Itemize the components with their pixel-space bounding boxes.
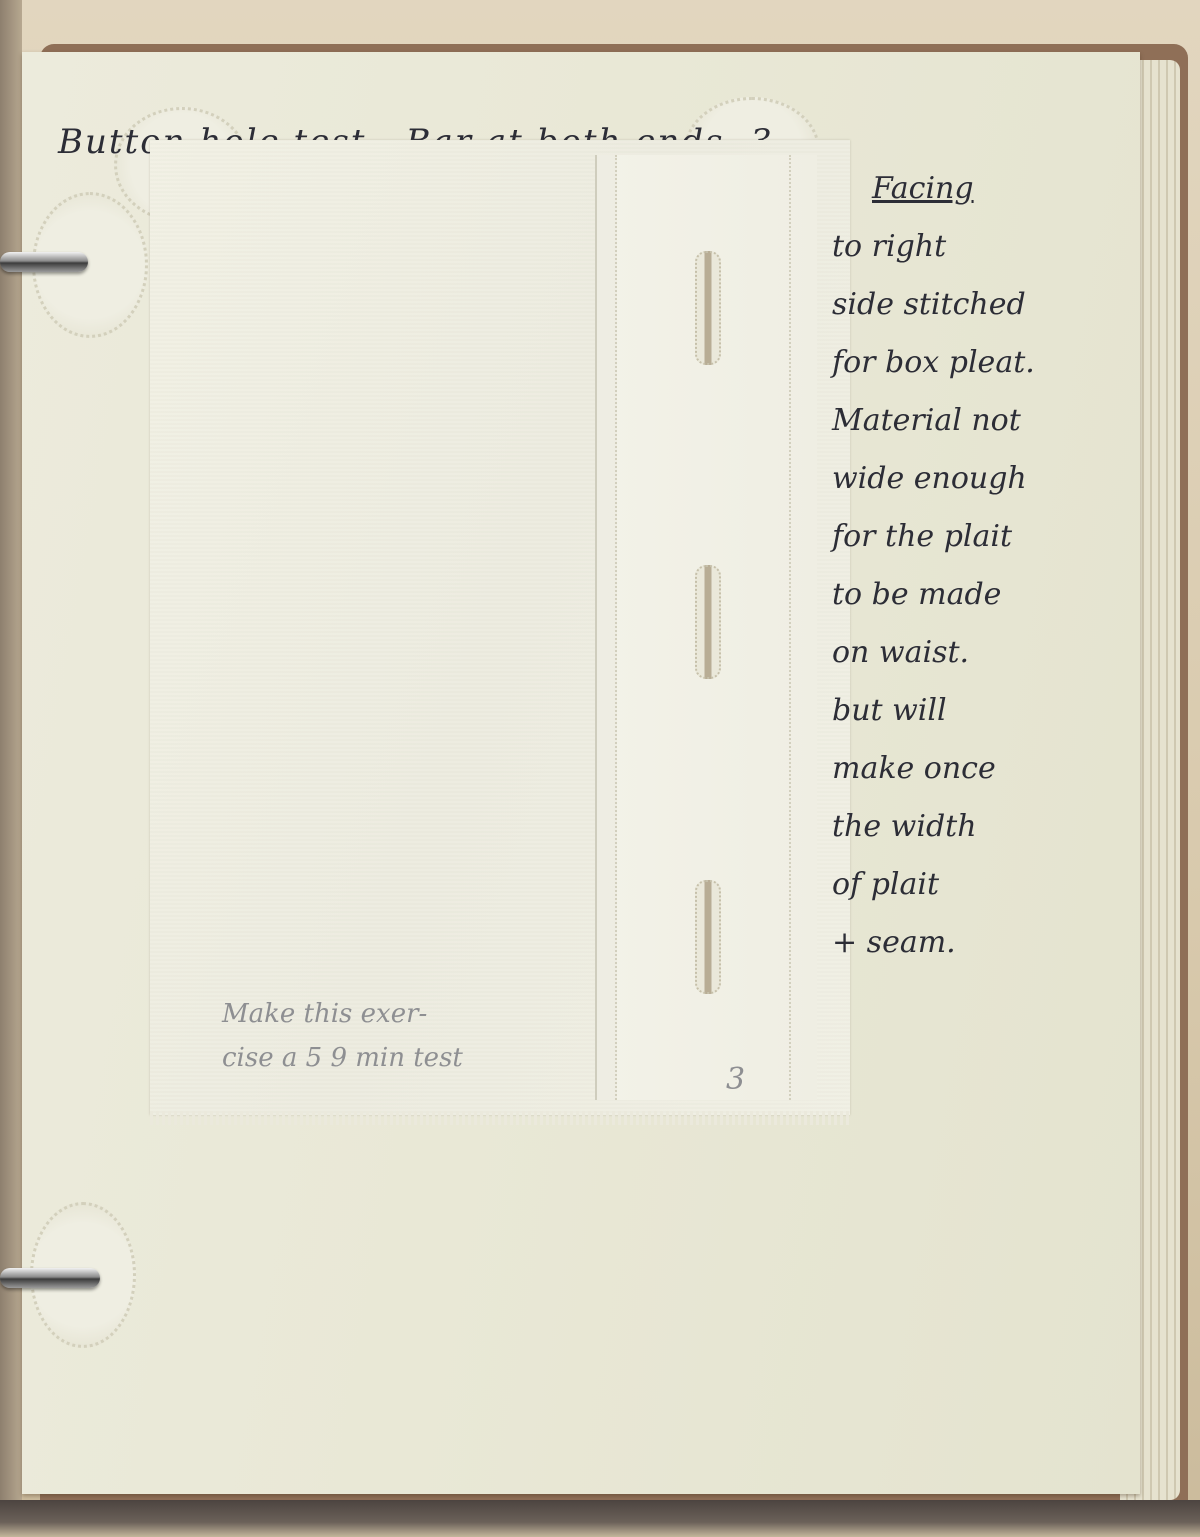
side-note-line: of plait	[832, 856, 1122, 914]
buttonhole-3	[695, 880, 721, 994]
fabric-frayed-edge	[150, 1111, 850, 1125]
side-note: Facing to right side stitched for box pl…	[832, 160, 1122, 972]
side-note-line: to right	[832, 218, 1122, 276]
pencil-note: Make this exer- cise a 5 9 min test	[222, 992, 622, 1080]
placket-stitch-right	[789, 155, 791, 1100]
side-note-line: to be made	[832, 566, 1122, 624]
binder-ring-bottom	[0, 1268, 100, 1288]
side-note-line: on waist.	[832, 624, 1122, 682]
side-note-line: for box pleat.	[832, 334, 1122, 392]
pencil-note-line: cise a 5 9 min test	[222, 1036, 622, 1080]
pencil-note-line: Make this exer-	[222, 992, 622, 1036]
placket-stitch-left	[615, 155, 617, 1100]
binder-ring-top	[0, 252, 88, 272]
left-shadow	[0, 0, 22, 1537]
bottom-shadow	[0, 1500, 1200, 1537]
side-note-line: make once	[832, 740, 1122, 798]
side-note-line: wide enough	[832, 450, 1122, 508]
box-pleat-placket	[595, 155, 817, 1100]
buttonhole-2	[695, 565, 721, 679]
side-note-line: for the plait	[832, 508, 1122, 566]
side-note-line: the width	[832, 798, 1122, 856]
side-note-line: side stitched	[832, 276, 1122, 334]
side-note-line: + seam.	[832, 914, 1122, 972]
side-note-heading: Facing	[832, 160, 1122, 218]
side-note-line: but will	[832, 682, 1122, 740]
notebook-page: Button hole test - Bar at both ends. 3. …	[22, 52, 1140, 1494]
placket-number: 3	[726, 1062, 745, 1097]
side-note-line: Material not	[832, 392, 1122, 450]
buttonhole-1	[695, 251, 721, 365]
fabric-sample	[150, 140, 850, 1115]
